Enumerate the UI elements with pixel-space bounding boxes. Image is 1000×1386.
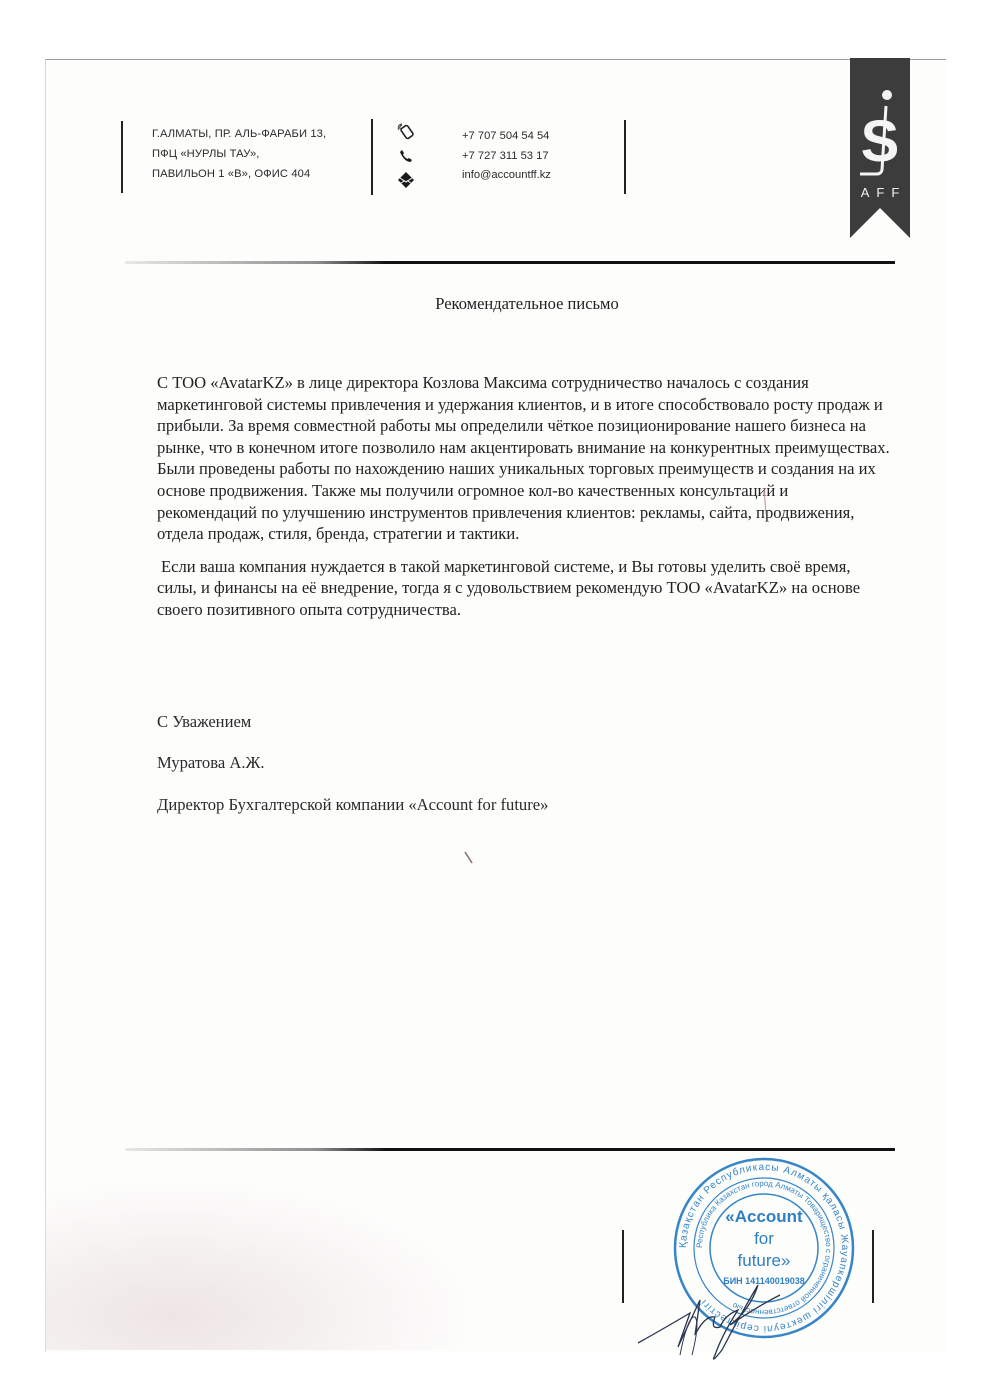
company-address: Г.АЛМАТЫ, ПР. АЛЬ-ФАРАБИ 13, ПФЦ «НУРЛЫ … <box>152 124 326 184</box>
footer-separator <box>872 1230 874 1303</box>
header-divider <box>125 261 895 264</box>
mail-icon <box>395 169 417 191</box>
document-title: Рекомендательное письмо <box>0 294 1000 314</box>
signature <box>630 1255 790 1365</box>
footer-divider <box>125 1148 895 1151</box>
stamp-line: «Account <box>725 1207 803 1226</box>
stray-mark <box>463 850 475 866</box>
closing: С Уважением <box>157 712 251 732</box>
office-phone-number[interactable]: +7 727 311 53 17 <box>462 147 551 167</box>
paragraph: Если ваша компания нуждается в такой мар… <box>157 556 892 621</box>
header-separator <box>371 119 373 195</box>
mobile-phone-number[interactable]: +7 707 504 54 54 <box>462 127 551 147</box>
header-separator <box>121 121 123 193</box>
paragraph: С ТОО «AvatarKZ» в лице директора Козлов… <box>157 372 892 545</box>
phone-icon <box>395 145 417 167</box>
address-line: ПФЦ «НУРЛЫ ТАУ», <box>152 144 326 164</box>
header-separator <box>624 120 626 194</box>
contact-list: +7 707 504 54 54 +7 727 311 53 17 info@a… <box>462 127 551 186</box>
aff-logo: S AFF <box>850 58 910 238</box>
stamp-line: for <box>754 1229 774 1248</box>
address-line: ПАВИЛЬОН 1 «В», ОФИС 404 <box>152 164 326 184</box>
svg-text:S: S <box>861 109 900 174</box>
footer-separator <box>622 1230 624 1303</box>
logo-text: AFF <box>850 185 910 200</box>
address-line: Г.АЛМАТЫ, ПР. АЛЬ-ФАРАБИ 13, <box>152 124 326 144</box>
contact-icons <box>395 121 417 193</box>
signer-title: Директор Бухгалтерской компании «Account… <box>157 795 548 815</box>
signer-name: Муратова А.Ж. <box>157 753 264 773</box>
email-address[interactable]: info@accountff.kz <box>462 166 551 186</box>
mobile-phone-icon <box>395 121 417 143</box>
stray-mark <box>762 486 768 516</box>
letter-body: С ТОО «AvatarKZ» в лице директора Козлов… <box>157 372 892 621</box>
